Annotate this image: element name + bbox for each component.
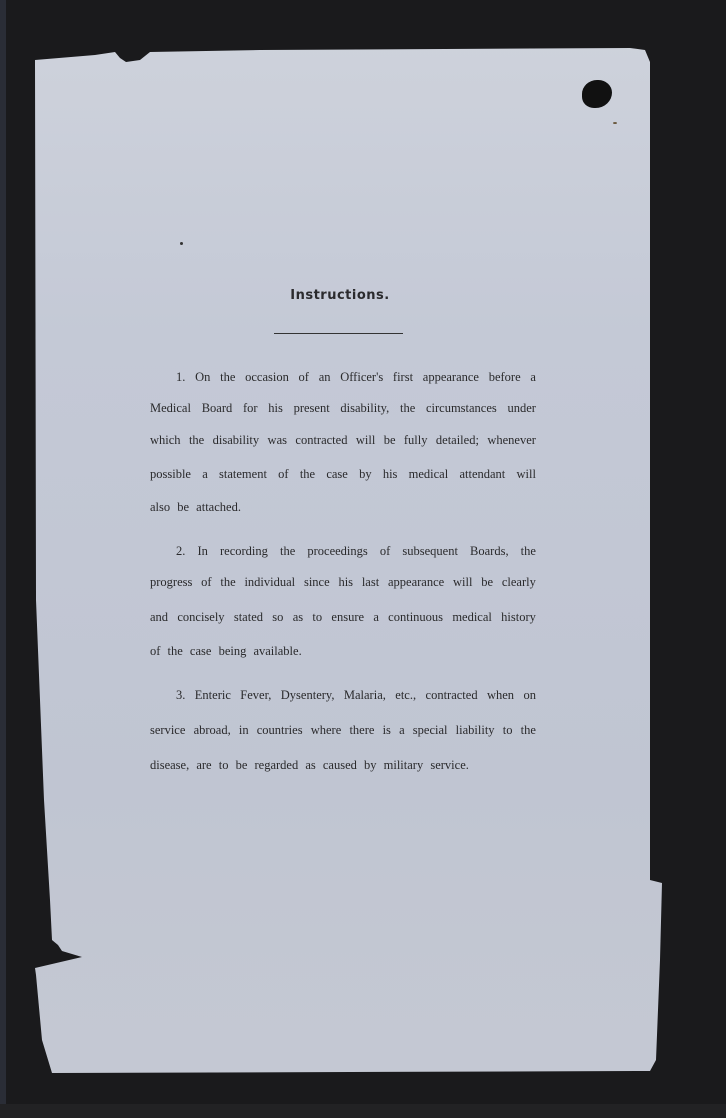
word: Fever, <box>240 688 271 703</box>
word: Medical <box>150 401 191 416</box>
left-background-strip <box>0 0 6 1118</box>
word: present <box>294 401 330 416</box>
word: etc., <box>395 688 416 703</box>
word: will <box>453 575 472 590</box>
word: the <box>300 467 315 482</box>
word: subsequent <box>402 544 458 559</box>
word: a <box>399 723 405 738</box>
word: Dysentery, <box>281 688 335 703</box>
word: Officer's <box>340 370 383 385</box>
word: disability, <box>340 401 389 416</box>
page-title: Instructions. <box>0 288 680 303</box>
paragraph-line: serviceabroad,incountrieswherethereisasp… <box>150 723 536 738</box>
paragraph-line: progressoftheindividualsincehislastappea… <box>150 575 536 590</box>
word: abroad, <box>194 723 231 738</box>
word: the <box>220 370 235 385</box>
word: of <box>380 544 390 559</box>
bottom-background-strip <box>0 1104 726 1118</box>
word: an <box>319 370 331 385</box>
word: of <box>278 467 288 482</box>
word: whenever <box>487 433 536 448</box>
word: as <box>293 610 303 625</box>
word: before <box>489 370 521 385</box>
word: ensure <box>331 610 364 625</box>
paragraph-line: possibleastatementofthecasebyhismedicala… <box>150 467 536 482</box>
paragraph-line: 1.OntheoccasionofanOfficer'sfirstappeara… <box>176 370 536 385</box>
word: to <box>503 723 513 738</box>
word: by <box>359 467 372 482</box>
word: Boards, <box>470 544 509 559</box>
word: the <box>521 544 536 559</box>
word: On <box>195 370 210 385</box>
word: possible <box>150 467 191 482</box>
ink-speck <box>180 242 183 245</box>
word: continuous <box>388 610 443 625</box>
word: the <box>189 433 204 448</box>
word: case <box>326 467 348 482</box>
word: recording <box>220 544 268 559</box>
word: when <box>487 688 514 703</box>
word: circumstances <box>426 401 497 416</box>
word: and <box>150 610 168 625</box>
title-underline <box>274 333 403 334</box>
word: clearly <box>502 575 536 590</box>
word: progress <box>150 575 192 590</box>
word: appearance <box>388 575 444 590</box>
word: be <box>481 575 493 590</box>
word: last <box>362 575 379 590</box>
paragraph-line: disease, are to be regarded as caused by… <box>150 758 469 773</box>
word: since <box>304 575 330 590</box>
word: his <box>338 575 353 590</box>
stain-speck <box>613 122 617 124</box>
word: history <box>501 610 536 625</box>
word: medical <box>409 467 449 482</box>
word: contracted <box>426 688 478 703</box>
word: be <box>384 433 396 448</box>
word: medical <box>452 610 492 625</box>
word: for <box>243 401 258 416</box>
word: statement <box>219 467 267 482</box>
word: detailed; <box>436 433 479 448</box>
word: is <box>383 723 391 738</box>
word: contracted <box>295 433 347 448</box>
paragraph-line: of the case being available. <box>150 644 302 659</box>
word: service <box>150 723 185 738</box>
word: 3. <box>176 688 185 703</box>
word: a <box>373 610 379 625</box>
word: of <box>201 575 211 590</box>
paragraph-line: whichthedisabilitywascontractedwillbeful… <box>150 433 536 448</box>
document-page <box>0 0 726 1118</box>
word: on <box>523 688 536 703</box>
word: occasion <box>245 370 289 385</box>
word: to <box>312 610 322 625</box>
word: countries <box>257 723 303 738</box>
word: will <box>356 433 375 448</box>
word: so <box>272 610 283 625</box>
word: the <box>400 401 415 416</box>
word: proceedings <box>307 544 367 559</box>
word: where <box>311 723 342 738</box>
word: stated <box>234 610 263 625</box>
word: Enteric <box>195 688 231 703</box>
word: fully <box>404 433 428 448</box>
word: first <box>393 370 413 385</box>
paragraph-line: 2.InrecordingtheproceedingsofsubsequentB… <box>176 544 536 559</box>
word: Malaria, <box>344 688 386 703</box>
word: special <box>413 723 448 738</box>
word: there <box>349 723 374 738</box>
word: attendant <box>459 467 505 482</box>
word: 2. <box>176 544 185 559</box>
word: disability <box>213 433 260 448</box>
word: Board <box>202 401 233 416</box>
word: will <box>517 467 536 482</box>
word: his <box>268 401 283 416</box>
word: a <box>530 370 536 385</box>
paragraph-line: andconciselystatedsoastoensureacontinuou… <box>150 610 536 625</box>
word: the <box>220 575 235 590</box>
word: which <box>150 433 181 448</box>
word: 1. <box>176 370 185 385</box>
word: his <box>383 467 398 482</box>
word: was <box>268 433 287 448</box>
word: appearance <box>423 370 479 385</box>
word: under <box>508 401 536 416</box>
word: individual <box>244 575 295 590</box>
word: of <box>299 370 309 385</box>
word: a <box>202 467 208 482</box>
word: the <box>521 723 536 738</box>
paragraph-line: also be attached. <box>150 500 241 515</box>
paragraph-line: MedicalBoardforhispresentdisability,thec… <box>150 401 536 416</box>
paragraph-line: 3.EntericFever,Dysentery,Malaria,etc.,co… <box>176 688 536 703</box>
word: the <box>280 544 295 559</box>
word: In <box>197 544 207 559</box>
word: in <box>239 723 249 738</box>
word: concisely <box>177 610 224 625</box>
word: liability <box>456 723 495 738</box>
